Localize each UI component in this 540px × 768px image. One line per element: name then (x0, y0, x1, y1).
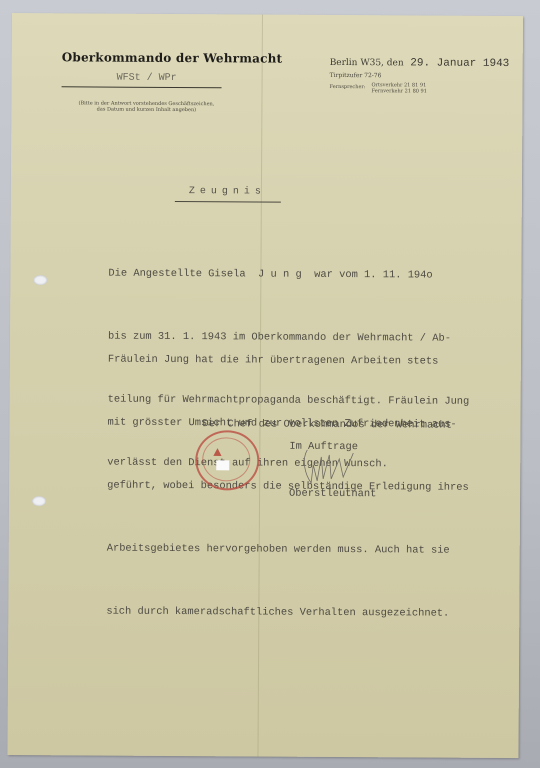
punch-hole-top (33, 275, 47, 285)
title-underline (175, 201, 281, 203)
paragraph-2: Fräulein Jung hat die ihr übertragenen A… (106, 308, 470, 667)
text-line: Die Angestellte Gisela J u n g war vom 1… (108, 264, 470, 287)
place-date: Berlin W35, den 29. Januar 1943 (330, 57, 510, 70)
note-line-2: das Datum und kurzen Inhalt angeben) (51, 106, 241, 113)
official-stamp: ▲ (195, 430, 259, 490)
date: 29. Januar 1943 (410, 57, 509, 70)
text-line: sich durch kameradschaftliches Verhalten… (106, 602, 468, 625)
censor-box (216, 460, 229, 470)
reference-note: (Bitte in der Antwort vorstehendes Gesch… (51, 100, 241, 113)
phone-label: Fernsprecher: (330, 84, 366, 90)
text-line: Arbeitsgebietes hervorgehoben werden mus… (107, 539, 469, 562)
text-line: Fräulein Jung hat die ihr übertragenen A… (108, 350, 470, 373)
address: Tirpitzufer 72-76 (330, 72, 382, 79)
letterhead-organization: Oberkommando der Wehrmacht (62, 50, 283, 65)
phone-long-distance: Fernverkehr 21 80 91 (372, 88, 427, 94)
punch-hole-bottom (32, 496, 46, 506)
place: Berlin W35, den (330, 58, 404, 68)
handwritten-signature (299, 445, 369, 490)
document-title: Zeugnis (189, 186, 266, 197)
letterhead-rule (62, 86, 222, 88)
signatory-rank: Oberstleutnant (289, 488, 376, 501)
eagle-icon: ▲ (213, 445, 222, 461)
text-line: geführt, wobei besonders die selbständig… (107, 476, 469, 499)
phone-numbers: Ortsverkehr 21 81 91 Fernverkehr 21 80 9… (372, 82, 427, 94)
signature-authority: Der Chef des Oberkommandos der Wehrmacht (202, 418, 451, 432)
stamp-inner-ring (202, 437, 250, 481)
document-paper: Oberkommando der Wehrmacht WFSt / WPr (B… (7, 13, 523, 758)
reference-code: WFSt / WPr (117, 73, 177, 84)
